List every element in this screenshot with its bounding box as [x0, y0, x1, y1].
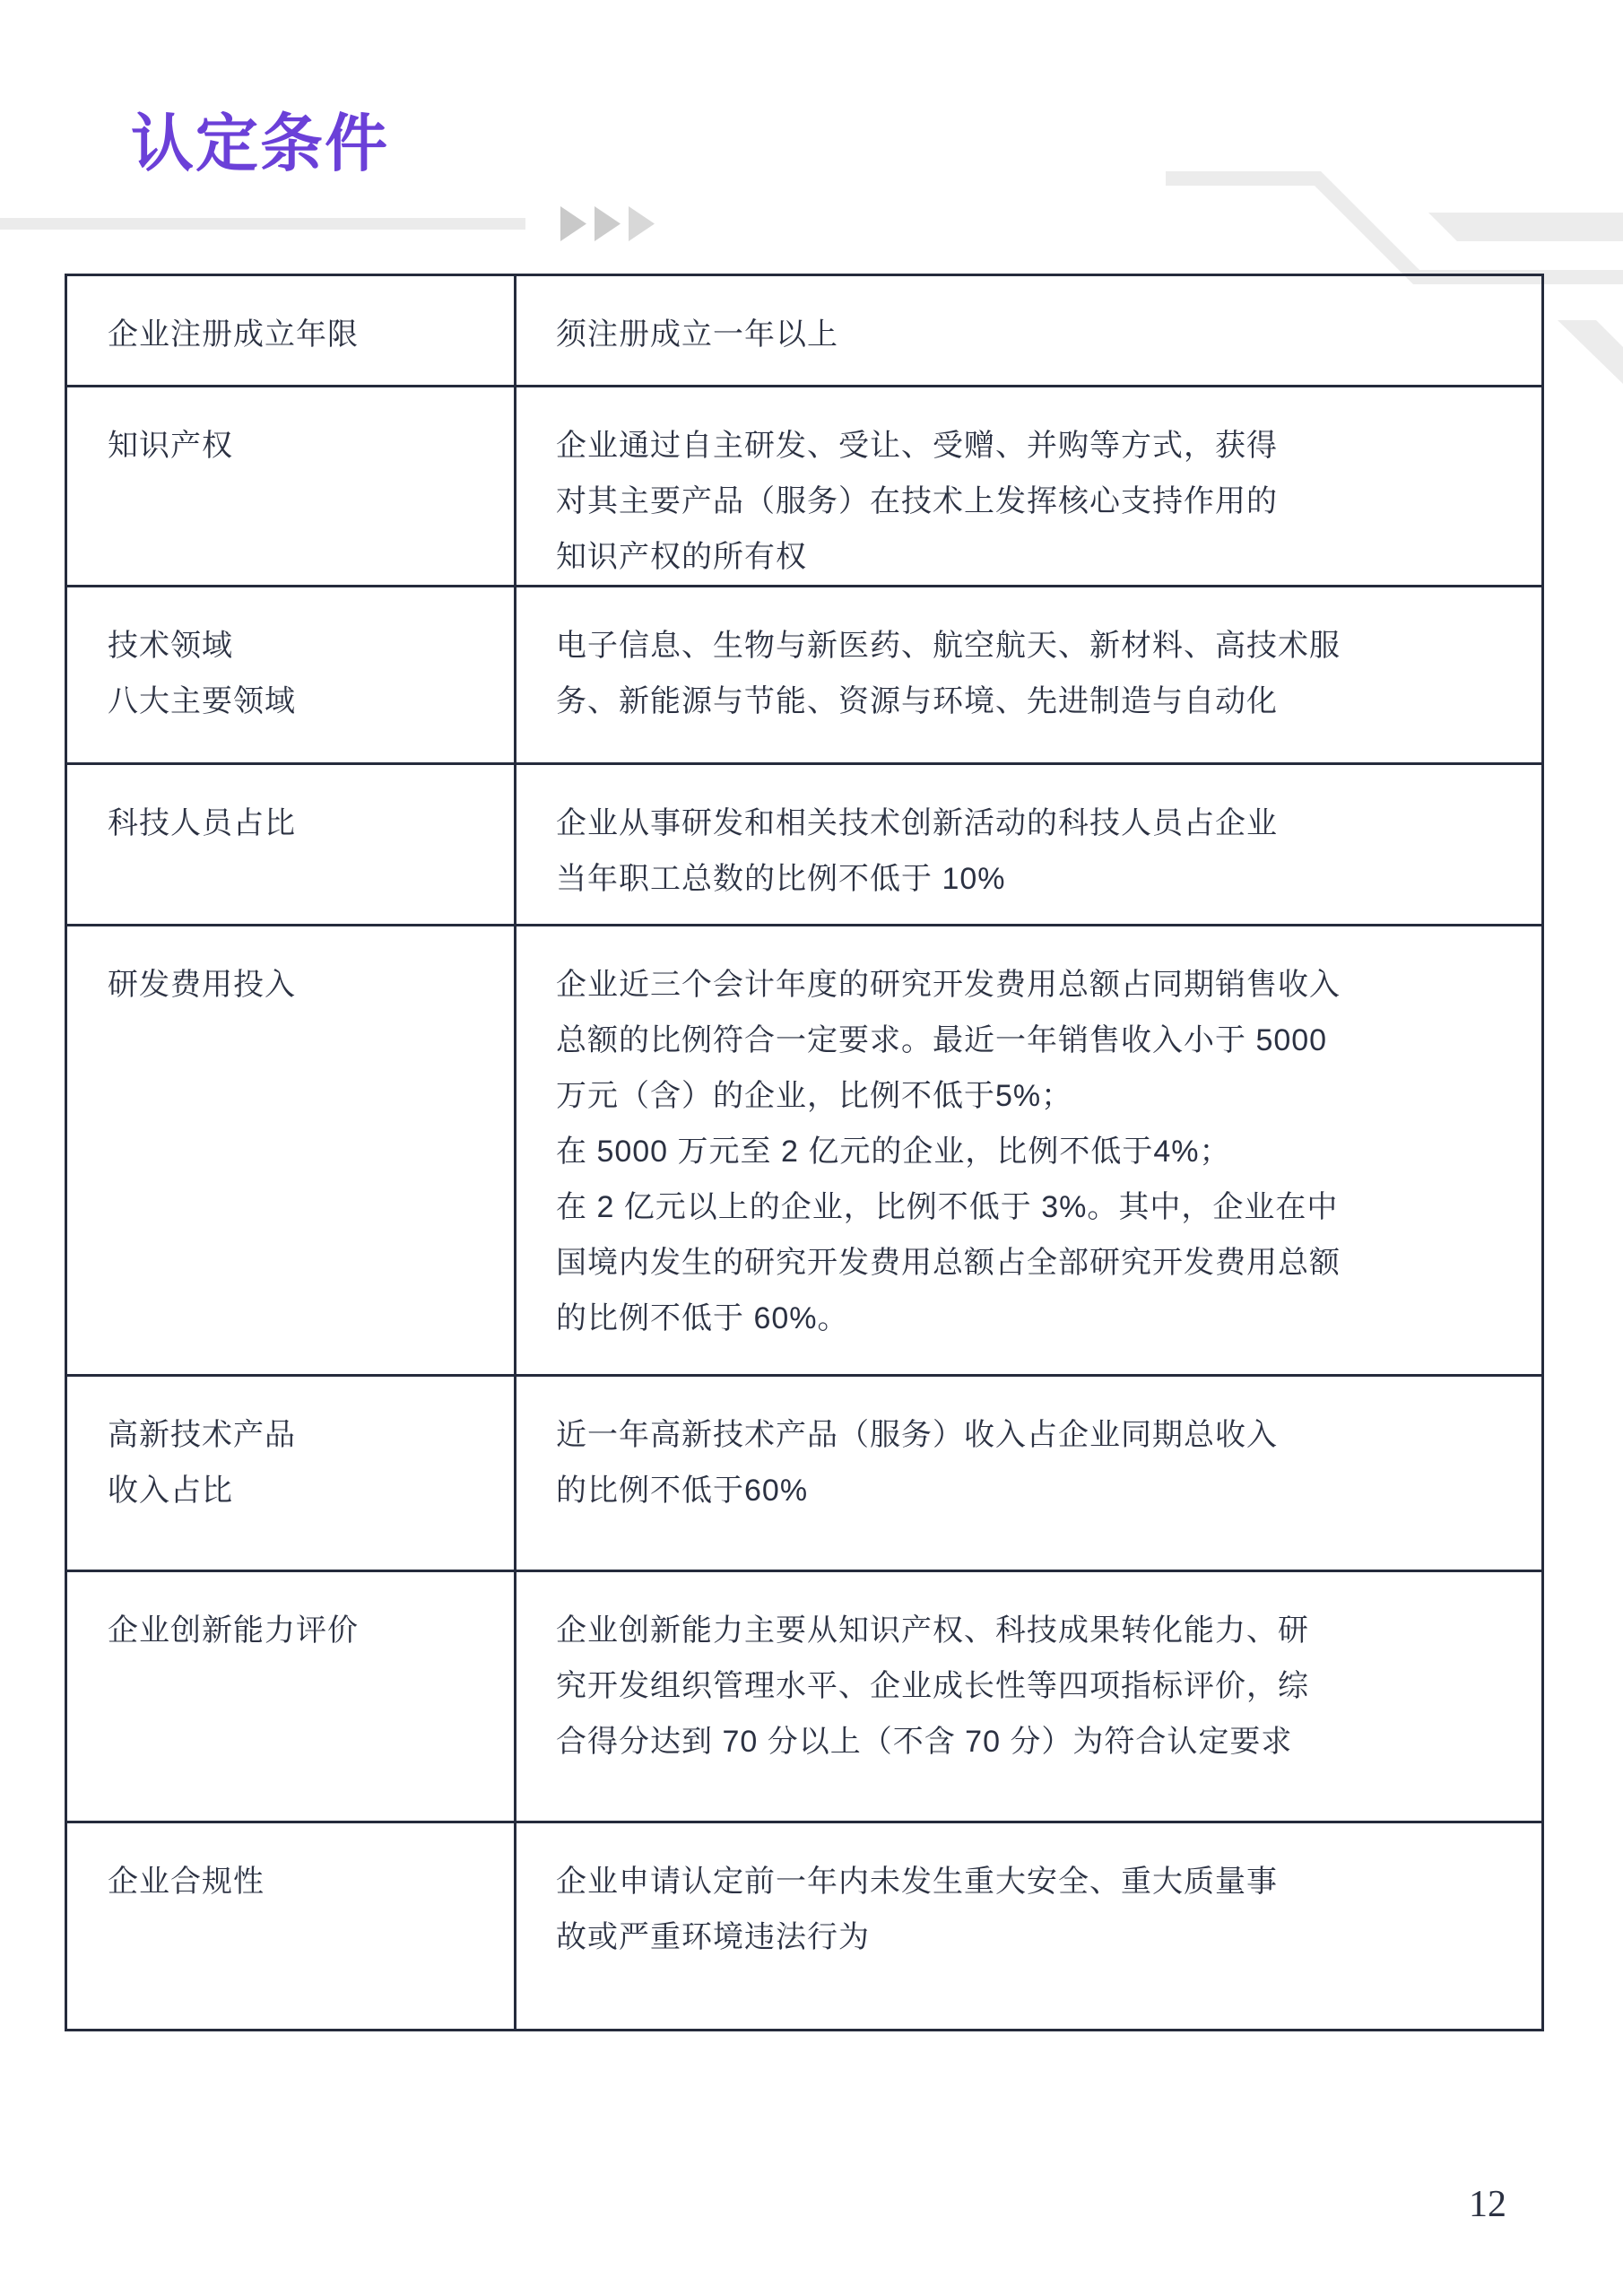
label-line: 企业注册成立年限: [108, 307, 496, 362]
content-line: 的比例不低于 60%。: [556, 1291, 1515, 1346]
conditions-table: 企业注册成立年限 须注册成立一年以上 知识产权 企业通过自主研发、受让、受赠、并…: [65, 274, 1544, 2031]
label-line: 知识产权: [108, 418, 496, 474]
content-line: 在 5000 万元至 2 亿元的企业，比例不低于4%；: [556, 1124, 1515, 1179]
document-page: 认定条件 企业注册成立年限 须注册成立一年以上 知识产权 企业通过自主研发、受让…: [0, 0, 1623, 2296]
table-row: 科技人员占比 企业从事研发和相关技术创新活动的科技人员占企业 当年职工总数的比例…: [67, 762, 1541, 924]
content-line: 对其主要产品（服务）在技术上发挥核心支持作用的: [556, 474, 1515, 529]
table-row: 企业注册成立年限 须注册成立一年以上: [67, 276, 1541, 385]
content-line: 万元（含）的企业，比例不低于5%；: [556, 1068, 1515, 1124]
content-line: 企业从事研发和相关技术创新活动的科技人员占企业: [556, 796, 1515, 851]
row-label: 研发费用投入: [67, 926, 516, 1374]
content-line: 究开发组织管理水平、企业成长性等四项指标评价，综: [556, 1658, 1515, 1714]
label-line: 企业合规性: [108, 1854, 496, 1909]
row-content: 企业从事研发和相关技术创新活动的科技人员占企业 当年职工总数的比例不低于 10%: [516, 765, 1541, 924]
row-label: 企业合规性: [67, 1823, 516, 2029]
content-line: 当年职工总数的比例不低于 10%: [556, 851, 1515, 907]
table-row: 企业合规性 企业申请认定前一年内未发生重大安全、重大质量事 故或严重环境违法行为: [67, 1821, 1541, 2029]
label-line: 研发费用投入: [108, 957, 496, 1013]
table-row: 知识产权 企业通过自主研发、受让、受赠、并购等方式，获得 对其主要产品（服务）在…: [67, 385, 1541, 585]
content-line: 务、新能源与节能、资源与环境、先进制造与自动化: [556, 674, 1515, 729]
page-number: 12: [1469, 2183, 1506, 2226]
table-row: 高新技术产品 收入占比 近一年高新技术产品（服务）收入占企业同期总收入 的比例不…: [67, 1374, 1541, 1570]
row-content: 电子信息、生物与新医药、航空航天、新材料、高技术服 务、新能源与节能、资源与环境…: [516, 587, 1541, 762]
row-label: 科技人员占比: [67, 765, 516, 924]
row-content: 须注册成立一年以上: [516, 276, 1541, 385]
title-underline-bar: [0, 218, 525, 230]
label-line: 八大主要领域: [108, 674, 496, 729]
label-line: 企业创新能力评价: [108, 1603, 496, 1658]
label-line: 收入占比: [108, 1463, 496, 1518]
row-label: 企业注册成立年限: [67, 276, 516, 385]
content-line: 总额的比例符合一定要求。最近一年销售收入小于 5000: [556, 1013, 1515, 1068]
table-row: 研发费用投入 企业近三个会计年度的研究开发费用总额占同期销售收入 总额的比例符合…: [67, 924, 1541, 1374]
label-line: 科技人员占比: [108, 796, 496, 851]
content-line: 合得分达到 70 分以上（不含 70 分）为符合认定要求: [556, 1714, 1515, 1770]
content-line: 企业创新能力主要从知识产权、科技成果转化能力、研: [556, 1603, 1515, 1658]
row-label: 企业创新能力评价: [67, 1572, 516, 1821]
table-row: 技术领域 八大主要领域 电子信息、生物与新医药、航空航天、新材料、高技术服 务、…: [67, 585, 1541, 762]
content-line: 故或严重环境违法行为: [556, 1909, 1515, 1965]
row-content: 近一年高新技术产品（服务）收入占企业同期总收入 的比例不低于60%: [516, 1377, 1541, 1570]
content-line: 企业申请认定前一年内未发生重大安全、重大质量事: [556, 1854, 1515, 1909]
content-line: 企业近三个会计年度的研究开发费用总额占同期销售收入: [556, 957, 1515, 1013]
row-content: 企业近三个会计年度的研究开发费用总额占同期销售收入 总额的比例符合一定要求。最近…: [516, 926, 1541, 1374]
label-line: 技术领域: [108, 618, 496, 674]
row-label: 知识产权: [67, 387, 516, 585]
content-line: 电子信息、生物与新医药、航空航天、新材料、高技术服: [556, 618, 1515, 674]
page-title: 认定条件: [131, 106, 389, 181]
content-line: 国境内发生的研究开发费用总额占全部研究开发费用总额: [556, 1235, 1515, 1291]
row-content: 企业通过自主研发、受让、受赠、并购等方式，获得 对其主要产品（服务）在技术上发挥…: [516, 387, 1541, 585]
content-line: 在 2 亿元以上的企业，比例不低于 3%。其中，企业在中: [556, 1179, 1515, 1235]
content-line: 的比例不低于60%: [556, 1463, 1515, 1518]
content-line: 须注册成立一年以上: [556, 307, 1515, 362]
content-line: 知识产权的所有权: [556, 529, 1515, 585]
label-line: 高新技术产品: [108, 1407, 496, 1463]
table-row: 企业创新能力评价 企业创新能力主要从知识产权、科技成果转化能力、研 究开发组织管…: [67, 1570, 1541, 1821]
row-content: 企业创新能力主要从知识产权、科技成果转化能力、研 究开发组织管理水平、企业成长性…: [516, 1572, 1541, 1821]
row-content: 企业申请认定前一年内未发生重大安全、重大质量事 故或严重环境违法行为: [516, 1823, 1541, 2029]
row-label: 高新技术产品 收入占比: [67, 1377, 516, 1570]
content-line: 企业通过自主研发、受让、受赠、并购等方式，获得: [556, 418, 1515, 474]
content-line: 近一年高新技术产品（服务）收入占企业同期总收入: [556, 1407, 1515, 1463]
triple-chevron-right-icon: [556, 204, 660, 245]
row-label: 技术领域 八大主要领域: [67, 587, 516, 762]
